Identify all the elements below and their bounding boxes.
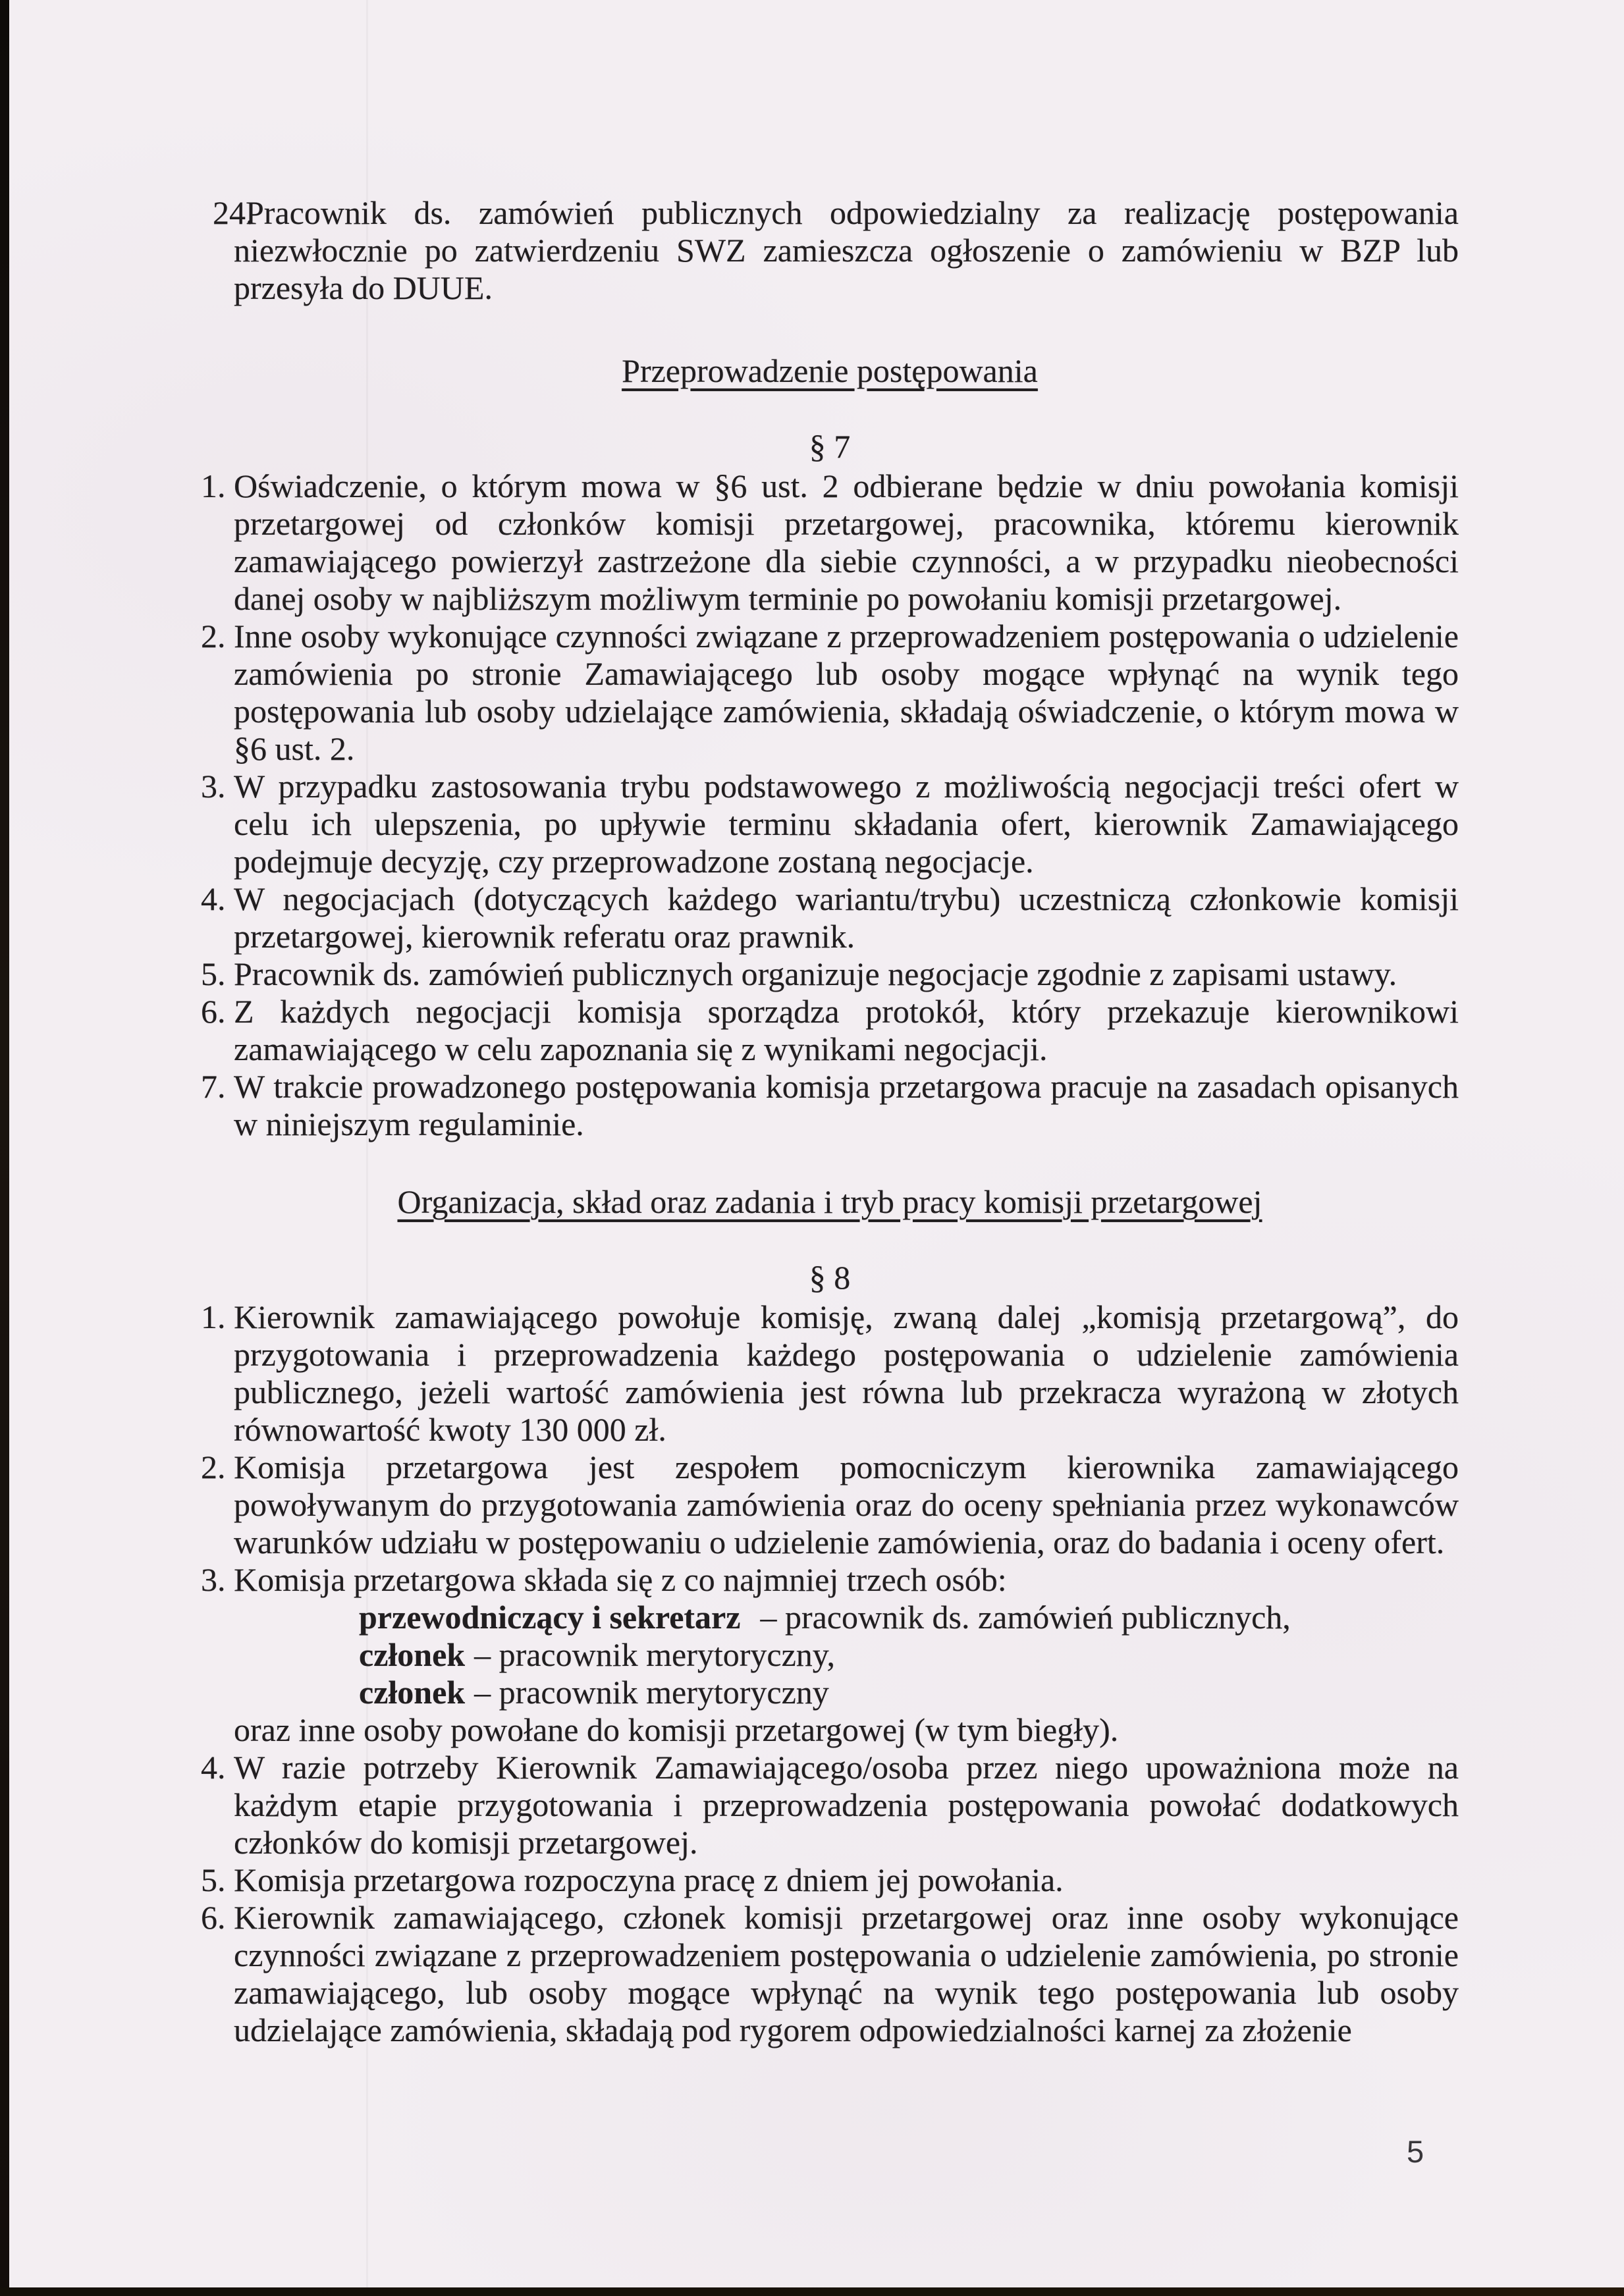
list-item-text: Komisja przetargowa jest zespołem pomocn… xyxy=(234,1449,1459,1561)
list-item: 2.Inne osoby wykonujące czynności związa… xyxy=(201,618,1459,768)
list-item-committee-composition: 3.Komisja przetargowa składa się z co na… xyxy=(201,1561,1459,1749)
list-item-number: 4. xyxy=(201,880,226,918)
list-item-text: Inne osoby wykonujące czynności związane… xyxy=(234,618,1459,767)
page-number: 5 xyxy=(1407,2133,1424,2170)
role-name: przewodniczący i sekretarz xyxy=(359,1599,740,1636)
list-item-number: 6. xyxy=(201,993,226,1030)
list-item: 7.W trakcie prowadzonego postępowania ko… xyxy=(201,1068,1459,1143)
list-item-number: 3. xyxy=(201,768,226,805)
committee-roles-tail: oraz inne osoby powołane do komisji prze… xyxy=(234,1711,1459,1749)
list-item: 1.Oświadczenie, o którym mowa w §6 ust. … xyxy=(201,467,1459,618)
scanned-document-page: 24.Pracownik ds. zamówień publicznych od… xyxy=(0,0,1624,2296)
list-item-number: 1. xyxy=(201,1298,226,1336)
section-7-list: 1.Oświadczenie, o którym mowa w §6 ust. … xyxy=(201,467,1459,1143)
list-item-number: 7. xyxy=(201,1068,226,1106)
list-item-number: 3. xyxy=(201,1561,226,1599)
committee-role-line: przewodniczący i sekretarz– pracownik ds… xyxy=(359,1599,1459,1636)
section-heading-organizacja: Organizacja, skład oraz zadania i tryb p… xyxy=(201,1183,1459,1221)
list-item: 3.W przypadku zastosowania trybu podstaw… xyxy=(201,768,1459,880)
list-item-number: 1. xyxy=(201,467,226,505)
committee-role-line: członek– pracownik merytoryczny xyxy=(359,1674,1459,1711)
list-item-text: W trakcie prowadzonego postępowania komi… xyxy=(234,1068,1459,1142)
scan-edge-left xyxy=(0,0,9,2296)
section-heading-text: Przeprowadzenie postępowania xyxy=(622,352,1038,389)
role-description: – pracownik merytoryczny, xyxy=(474,1636,835,1673)
list-item-text: Pracownik ds. zamówień publicznych organ… xyxy=(234,955,1397,992)
paragraph-mark-7: § 7 xyxy=(201,428,1459,466)
section-heading-przeprowadzenie: Przeprowadzenie postępowania xyxy=(201,352,1459,390)
list-item-number: 24. xyxy=(201,194,254,232)
section-8-list: 1.Kierownik zamawiającego powołuje komis… xyxy=(201,1298,1459,2049)
list-item: 6.Z każdych negocjacji komisja sporządza… xyxy=(201,993,1459,1068)
list-item-text: Kierownik zamawiającego, członek komisji… xyxy=(234,1899,1459,2048)
list-item: 2.Komisja przetargowa jest zespołem pomo… xyxy=(201,1449,1459,1561)
list-item-number: 2. xyxy=(201,618,226,655)
list-item: 4.W razie potrzeby Kierownik Zamawiające… xyxy=(201,1749,1459,1861)
list-item: 5.Pracownik ds. zamówień publicznych org… xyxy=(201,955,1459,993)
list-item-number: 4. xyxy=(201,1749,226,1786)
committee-roles: przewodniczący i sekretarz– pracownik ds… xyxy=(359,1599,1459,1711)
list-item-number: 6. xyxy=(201,1899,226,1936)
role-name: członek xyxy=(359,1674,465,1711)
list-item-number: 5. xyxy=(201,1861,226,1899)
list-item-text: W przypadku zastosowania trybu podstawow… xyxy=(234,768,1459,880)
list-item-text: Oświadczenie, o którym mowa w §6 ust. 2 … xyxy=(234,467,1459,617)
document-body: 24.Pracownik ds. zamówień publicznych od… xyxy=(201,194,1459,2049)
list-item-number: 5. xyxy=(201,955,226,993)
scan-edge-bottom xyxy=(0,2287,1624,2296)
role-description: – pracownik ds. zamówień publicznych, xyxy=(760,1599,1290,1636)
list-item-text: Z każdych negocjacji komisja sporządza p… xyxy=(234,993,1459,1067)
list-item: 6.Kierownik zamawiającego, członek komis… xyxy=(201,1899,1459,2049)
list-item-text: W razie potrzeby Kierownik Zamawiającego… xyxy=(234,1749,1459,1861)
role-description: – pracownik merytoryczny xyxy=(474,1674,829,1711)
paragraph-mark-8: § 8 xyxy=(201,1259,1459,1296)
list-item: 1.Kierownik zamawiającego powołuje komis… xyxy=(201,1298,1459,1449)
list-item-text: Komisja przetargowa składa się z co najm… xyxy=(234,1561,1007,1598)
list-item: 5.Komisja przetargowa rozpoczyna pracę z… xyxy=(201,1861,1459,1899)
list-item-number: 2. xyxy=(201,1449,226,1486)
list-item-text: Kierownik zamawiającego powołuje komisję… xyxy=(234,1298,1459,1448)
committee-role-line: członek– pracownik merytoryczny, xyxy=(359,1636,1459,1674)
list-item: 4.W negocjacjach (dotyczących każdego wa… xyxy=(201,880,1459,955)
section-heading-text: Organizacja, skład oraz zadania i tryb p… xyxy=(398,1183,1262,1220)
list-item-text: Pracownik ds. zamówień publicznych odpow… xyxy=(234,194,1459,306)
role-name: członek xyxy=(359,1636,465,1673)
list-item-text: Komisja przetargowa rozpoczyna pracę z d… xyxy=(234,1861,1064,1898)
list-item-text: W negocjacjach (dotyczących każdego wari… xyxy=(234,880,1459,955)
list-item-24: 24.Pracownik ds. zamówień publicznych od… xyxy=(201,194,1459,307)
